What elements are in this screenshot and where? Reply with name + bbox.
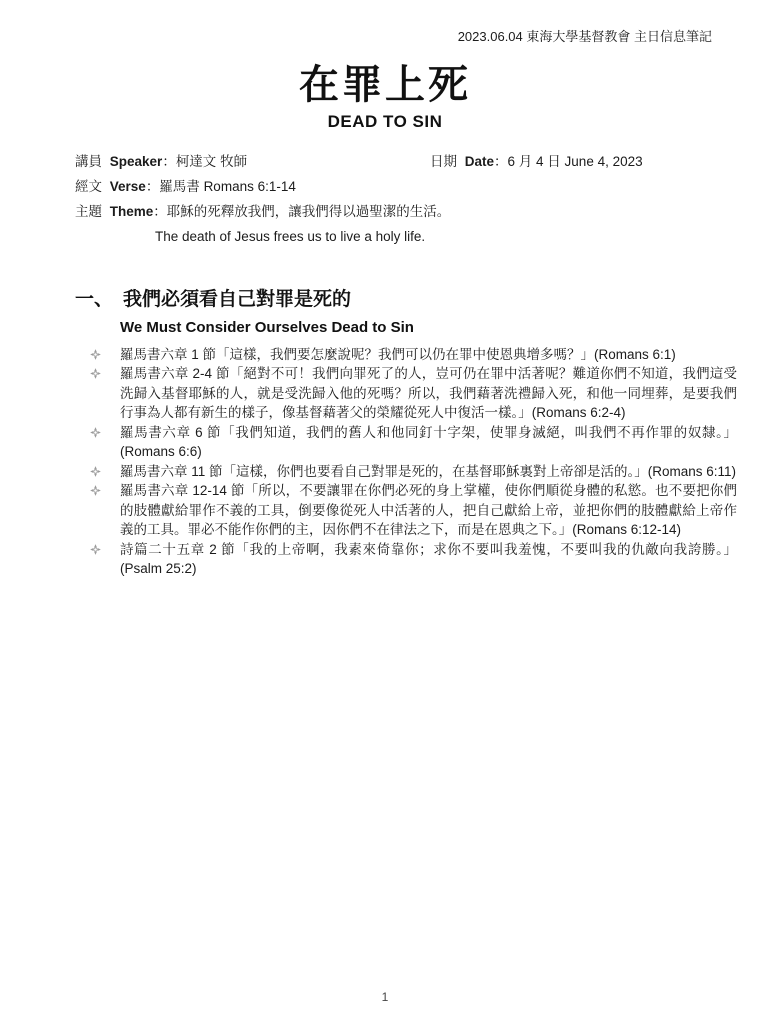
meta-date-group: 日期 Date：6 月 4 日 June 4, 2023: [430, 154, 643, 170]
list-item: 羅馬書六章 11 節「這樣，你們也要看自己對罪是死的，在基督耶穌裏對上帝卻是活的…: [120, 462, 737, 482]
section-one-subheading: We Must Consider Ourselves Dead to Sin: [120, 319, 737, 336]
bullet-text: 羅馬書六章 2-4 節「絕對不可！我們向罪死了的人，豈可仍在罪中活著呢？難道你們…: [120, 366, 737, 420]
crosshair-bullet-icon: [90, 368, 101, 379]
speaker-value: 柯達文 牧師: [176, 154, 247, 169]
document-page: 2023.06.04 東海大學基督教會 主日信息筆記 在罪上死 DEAD TO …: [0, 0, 770, 1024]
theme-value-en: The death of Jesus frees us to live a ho…: [155, 229, 737, 245]
bullet-text: 羅馬書六章 11 節「這樣，你們也要看自己對罪是死的，在基督耶穌裏對上帝卻是活的…: [120, 464, 736, 479]
theme-label-en: Theme: [110, 204, 154, 219]
bullet-text: 羅馬書六章 6 節「我們知道，我們的舊人和他同釘十字架，使罪身滅絕，叫我們不再作…: [120, 425, 737, 460]
theme-label-zh: 主題: [75, 204, 102, 219]
section-number: 一、: [75, 289, 113, 310]
meta-row-theme: 主題 Theme：耶穌的死釋放我們，讓我們得以過聖潔的生活。: [75, 204, 737, 220]
speaker-label-zh: 講員: [75, 154, 102, 169]
list-item: 羅馬書六章 12-14 節「所以，不要讓罪在你們必死的身上掌權，使你們順從身體的…: [120, 481, 737, 540]
crosshair-bullet-icon: [90, 349, 101, 360]
crosshair-bullet-icon: [90, 485, 101, 496]
page-number: 1: [0, 990, 770, 1004]
section-title-zh: 我們必須看自己對罪是死的: [123, 289, 351, 310]
bullet-text: 羅馬書六章 12-14 節「所以，不要讓罪在你們必死的身上掌權，使你們順從身體的…: [120, 483, 737, 537]
page-subtitle: DEAD TO SIN: [0, 112, 770, 132]
speaker-label-en: Speaker: [110, 154, 163, 169]
date-colon: ：: [494, 154, 508, 169]
crosshair-bullet-icon: [90, 427, 101, 438]
document-header: 2023.06.04 東海大學基督教會 主日信息筆記: [458, 26, 712, 45]
meta-row-speaker: 講員 Speaker：柯達文 牧師 日期 Date：6 月 4 日 June 4…: [75, 154, 737, 170]
list-item: 羅馬書六章 6 節「我們知道，我們的舊人和他同釘十字架，使罪身滅絕，叫我們不再作…: [120, 423, 737, 462]
date-label-zh: 日期: [430, 154, 457, 169]
verse-value: 羅馬書 Romans 6:1-14: [159, 179, 296, 194]
verse-colon: ：: [146, 179, 160, 194]
list-item: 羅馬書六章 2-4 節「絕對不可！我們向罪死了的人，豈可仍在罪中活著呢？難道你們…: [120, 364, 737, 423]
verse-label-zh: 經文: [75, 179, 102, 194]
meta-row-verse: 經文 Verse：羅馬書 Romans 6:1-14: [75, 179, 737, 195]
bullet-text: 羅馬書六章 1 節「這樣，我們要怎麼說呢？我們可以仍在罪中使恩典增多嗎？」(Ro…: [120, 347, 676, 362]
theme-value-zh: 耶穌的死釋放我們，讓我們得以過聖潔的生活。: [167, 204, 451, 219]
title-block: 在罪上死 DEAD TO SIN: [0, 62, 770, 132]
meta-block: 講員 Speaker：柯達文 牧師 日期 Date：6 月 4 日 June 4…: [75, 154, 737, 245]
section-one-heading: 一、我們必須看自己對罪是死的: [75, 289, 737, 312]
scripture-bullet-list: 羅馬書六章 1 節「這樣，我們要怎麼說呢？我們可以仍在罪中使恩典增多嗎？」(Ro…: [120, 345, 737, 579]
list-item: 羅馬書六章 1 節「這樣，我們要怎麼說呢？我們可以仍在罪中使恩典增多嗎？」(Ro…: [120, 345, 737, 365]
document-content: 在罪上死 DEAD TO SIN 講員 Speaker：柯達文 牧師 日期 Da…: [0, 0, 770, 579]
crosshair-bullet-icon: [90, 466, 101, 477]
page-title: 在罪上死: [0, 62, 770, 108]
theme-colon: ：: [153, 204, 167, 219]
speaker-colon: ：: [162, 154, 176, 169]
date-value: 6 月 4 日 June 4, 2023: [508, 154, 643, 169]
date-label-en: Date: [465, 154, 494, 169]
list-item: 詩篇二十五章 2 節「我的上帝啊，我素來倚靠你；求你不要叫我羞愧，不要叫我的仇敵…: [120, 540, 737, 579]
verse-label-en: Verse: [110, 179, 146, 194]
crosshair-bullet-icon: [90, 544, 101, 555]
bullet-text: 詩篇二十五章 2 節「我的上帝啊，我素來倚靠你；求你不要叫我羞愧，不要叫我的仇敵…: [120, 542, 737, 577]
